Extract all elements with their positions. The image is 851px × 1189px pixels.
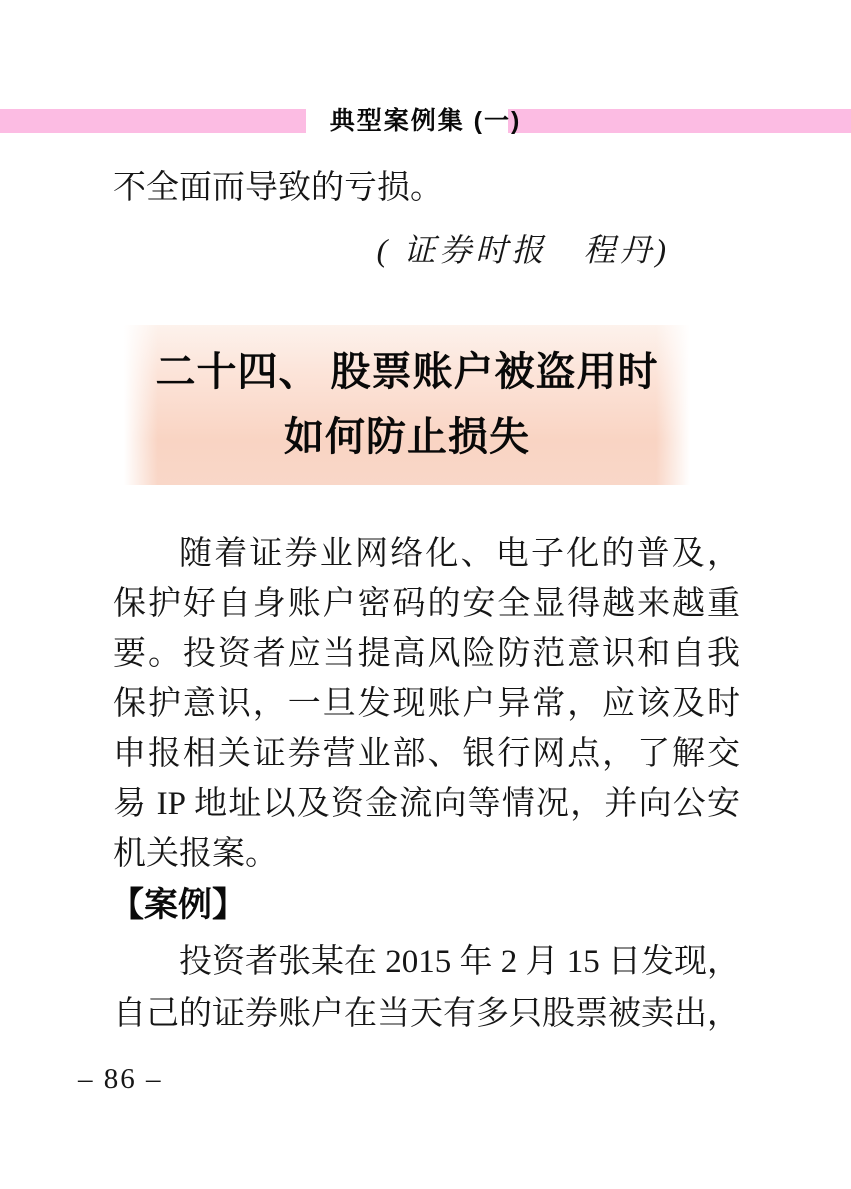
body-line: 申报相关证券营业部、银行网点，了解交 (113, 729, 740, 779)
section-title-line2: 如何防止损失 (124, 404, 690, 469)
section-heading-panel: 二十四、 股票账户被盗用时 如何防止损失 (124, 325, 690, 485)
attribution-line: ( 证券时报 程丹) (113, 225, 740, 275)
body-line: 要。投资者应当提高风险防范意识和自我 (113, 629, 740, 679)
body-line: 自己的证券账户在当天有多只股票被卖出， (113, 988, 740, 1040)
intro-sentence: 不全面而导致的亏损。 (113, 163, 740, 213)
body-line: 保护好自身账户密码的安全显得越来越重 (113, 579, 740, 629)
paragraph-2: 投资者张某在 2015 年 2 月 15 日发现， 自己的证券账户在当天有多只股… (113, 936, 740, 1040)
body-line: 保护意识，一旦发现账户异常，应该及时 (113, 679, 740, 729)
document-page: 典型案例集 (一) 不全面而导致的亏损。 ( 证券时报 程丹) 二十四、 股票账… (0, 0, 851, 1189)
page-number: – 86 – (78, 1063, 163, 1096)
body-line: 投资者张某在 2015 年 2 月 15 日发现， (113, 936, 740, 988)
body-line: 随着证券业网络化、电子化的普及， (113, 529, 740, 579)
paragraph-1: 随着证券业网络化、电子化的普及， 保护好自身账户密码的安全显得越来越重 要。投资… (113, 529, 740, 879)
running-head-title: 典型案例集 (一) (0, 101, 851, 137)
body-line: 易 IP 地址以及资金流向等情况，并向公安 (113, 779, 740, 829)
body-line: 机关报案。 (113, 829, 740, 879)
case-section-label: 【案例】 (110, 884, 246, 926)
section-title-line1: 二十四、 股票账户被盗用时 (124, 339, 690, 404)
